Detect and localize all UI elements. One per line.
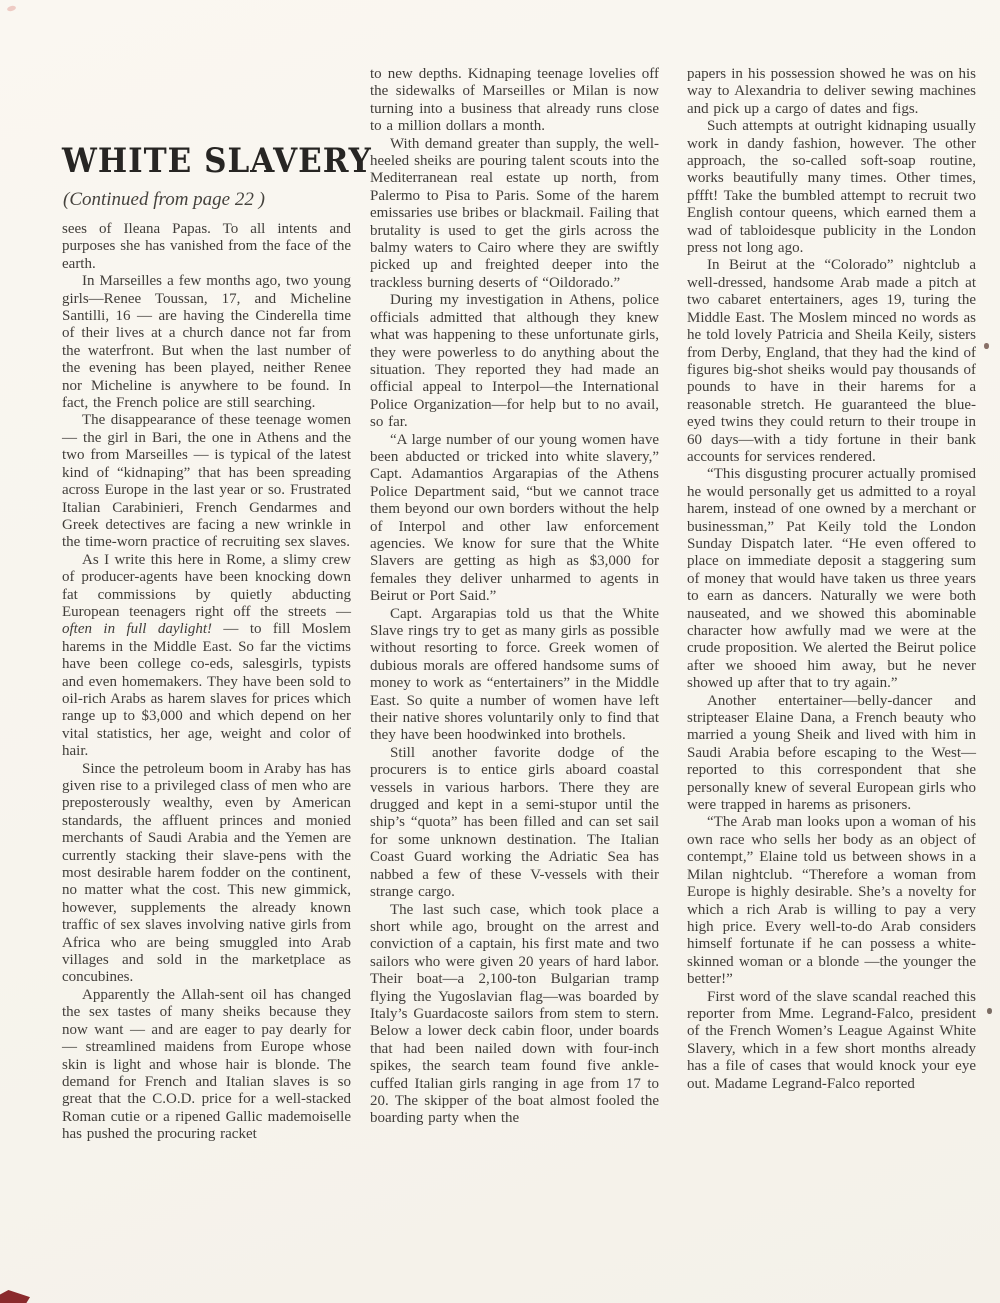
paragraph: Such attempts at outright kidnaping usua…: [687, 118, 976, 257]
text-segment: Another entertainer—belly-dancer and str…: [687, 693, 976, 813]
paragraph: During my investigation in Athens, polic…: [370, 292, 659, 431]
paragraph: First word of the slave scandal reached …: [687, 989, 976, 1093]
text-segment: Capt. Argarapias told us that the White …: [370, 606, 659, 744]
print-speck-top-left: [7, 5, 17, 12]
paragraph: papers in his possession showed he was o…: [687, 66, 976, 118]
paragraph: Apparently the Allah-sent oil has change…: [62, 987, 351, 1144]
paragraph: Since the petroleum boom in Araby has ha…: [62, 761, 351, 987]
paragraph: The disappearance of these teenage women…: [62, 412, 351, 551]
paragraph: With demand greater than supply, the wel…: [370, 136, 659, 293]
text-segment: to new depths. Kidnaping teenage lovelie…: [370, 66, 659, 134]
article-title: WHITE SLAVERY: [62, 141, 372, 180]
text-column-1: sees of Ileana Papas. To all intents and…: [62, 221, 351, 1144]
paragraph: In Marseilles a few months ago, two youn…: [62, 273, 351, 412]
text-segment: The last such case, which took place a s…: [370, 902, 659, 1127]
text-segment: With demand greater than supply, the wel…: [370, 136, 659, 291]
text-column-2: to new depths. Kidnaping teenage lovelie…: [370, 66, 659, 1128]
text-segment: Still another favorite dodge of the proc…: [370, 745, 659, 900]
paragraph: Capt. Argarapias told us that the White …: [370, 606, 659, 745]
text-segment: sees of Ileana Papas. To all intents and…: [62, 221, 351, 272]
text-column-3: papers in his possession showed he was o…: [687, 66, 976, 1093]
text-segment: In Beirut at the “Colorado” nightclub a …: [687, 257, 976, 464]
paragraph: As I write this here in Rome, a slimy cr…: [62, 552, 351, 761]
paragraph: Another entertainer—belly-dancer and str…: [687, 693, 976, 815]
magazine-page: WHITE SLAVERY (Continued from page 22 ) …: [0, 0, 1000, 1303]
text-segment: The disappearance of these teenage women…: [62, 412, 351, 550]
text-segment: First word of the slave scandal reached …: [687, 989, 976, 1092]
paragraph: sees of Ileana Papas. To all intents and…: [62, 221, 351, 273]
continued-from-note: (Continued from page 22 ): [63, 189, 265, 211]
text-segment: “This disgusting procurer actually promi…: [687, 466, 976, 691]
text-segment: Apparently the Allah-sent oil has change…: [62, 987, 351, 1142]
text-segment: — to fill Moslem harems in the Middle Ea…: [62, 621, 351, 759]
print-speck-right-lower: [987, 1008, 992, 1014]
paragraph: The last such case, which took place a s…: [370, 902, 659, 1128]
paragraph: Still another favorite dodge of the proc…: [370, 745, 659, 902]
red-corner-mark: [0, 1290, 30, 1303]
text-segment: In Marseilles a few months ago, two youn…: [62, 273, 351, 411]
paragraph: “A large number of our young women have …: [370, 432, 659, 606]
paragraph: “The Arab man looks upon a woman of his …: [687, 814, 976, 988]
text-segment: Since the petroleum boom in Araby has ha…: [62, 761, 351, 986]
italic-phrase: often in full daylight!: [62, 621, 212, 637]
text-segment: “A large number of our young women have …: [370, 432, 659, 605]
text-segment: As I write this here in Rome, a slimy cr…: [62, 552, 351, 620]
text-segment: “The Arab man looks upon a woman of his …: [687, 814, 976, 987]
paragraph: to new depths. Kidnaping teenage lovelie…: [370, 66, 659, 136]
text-segment: papers in his possession showed he was o…: [687, 66, 976, 117]
paragraph: In Beirut at the “Colorado” nightclub a …: [687, 257, 976, 466]
paragraph: “This disgusting procurer actually promi…: [687, 466, 976, 692]
print-speck-right-upper: [984, 343, 989, 349]
text-segment: Such attempts at outright kidnaping usua…: [687, 118, 976, 256]
text-segment: During my investigation in Athens, polic…: [370, 292, 659, 430]
